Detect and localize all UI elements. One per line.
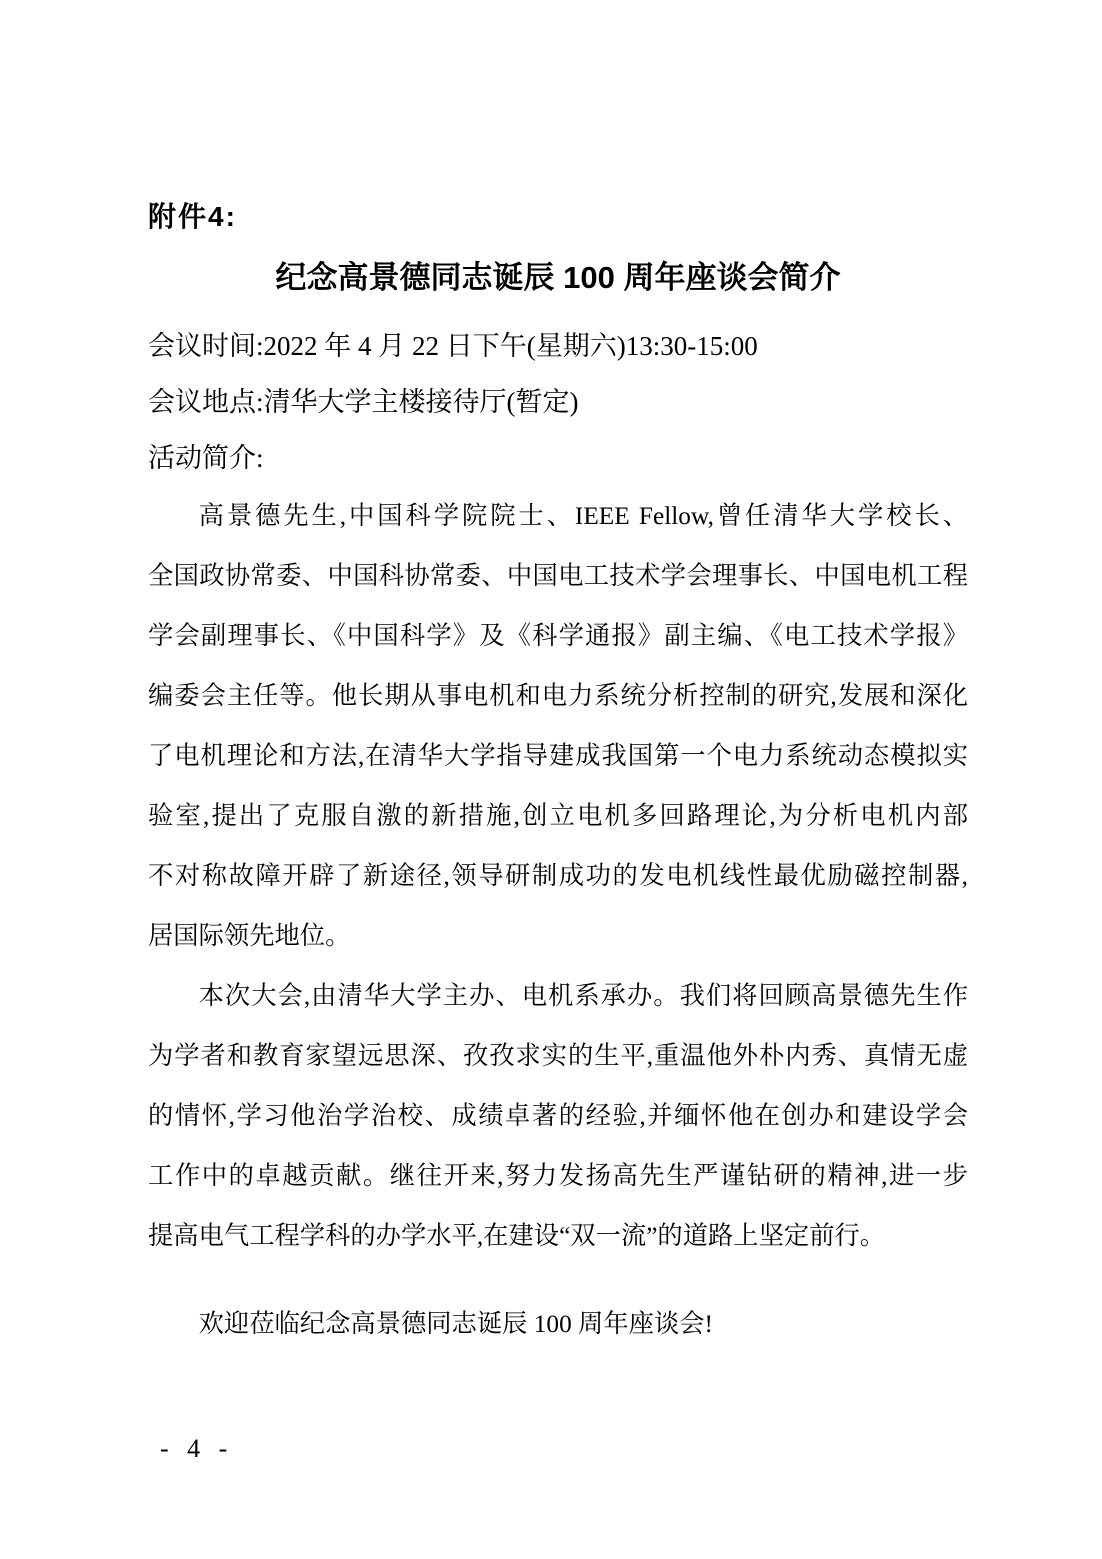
document-title: 纪念高景德同志诞辰 100 周年座谈会简介 xyxy=(148,258,968,298)
paragraph-bio: 高景德先生,中国科学院院士、IEEE Fellow,曾任清华大学校长、 全国政协… xyxy=(148,486,968,966)
meeting-time-line: 会议时间:2022 年 4 月 22 日下午(星期六)13:30-15:00 xyxy=(148,318,968,374)
document-content: 附件4: 纪念高景德同志诞辰 100 周年座谈会简介 会议时间:2022 年 4… xyxy=(148,0,968,1464)
closing-welcome-line: 欢迎莅临纪念高景德同志诞辰 100 周年座谈会! xyxy=(148,1294,968,1354)
meeting-meta: 会议时间:2022 年 4 月 22 日下午(星期六)13:30-15:00 会… xyxy=(148,318,968,486)
paragraph-line: 不对称故障开辟了新途径,领导研制成功的发电机线性最优励磁控制器, xyxy=(148,846,968,906)
paragraph-line: 高景德先生,中国科学院院士、IEEE Fellow,曾任清华大学校长、 xyxy=(148,486,968,546)
intro-label: 活动简介: xyxy=(148,430,968,486)
paragraph-line: 学会副理事长、《中国科学》及《科学通报》副主编、《电工技术学报》 xyxy=(148,606,968,666)
paragraph-event: 本次大会,由清华大学主办、电机系承办。我们将回顾高景德先生作 为学者和教育家望远… xyxy=(148,966,968,1266)
page-number: - 4 - xyxy=(160,1434,968,1464)
paragraph-line: 为学者和教育家望远思深、孜孜求实的生平,重温他外朴内秀、真情无虚 xyxy=(148,1026,968,1086)
paragraph-line: 本次大会,由清华大学主办、电机系承办。我们将回顾高景德先生作 xyxy=(148,966,968,1026)
paragraph-line: 提高电气工程学科的办学水平,在建设“双一流”的道路上坚定前行。 xyxy=(148,1206,968,1266)
document-page: 附件4: 纪念高景德同志诞辰 100 周年座谈会简介 会议时间:2022 年 4… xyxy=(0,0,1102,1559)
paragraph-line: 全国政协常委、中国科协常委、中国电工技术学会理事长、中国电机工程 xyxy=(148,546,968,606)
attachment-label: 附件4: xyxy=(148,0,968,234)
paragraph-line: 编委会主任等。他长期从事电机和电力系统分析控制的研究,发展和深化 xyxy=(148,666,968,726)
paragraph-line: 了电机理论和方法,在清华大学指导建成我国第一个电力系统动态模拟实 xyxy=(148,726,968,786)
meeting-location-line: 会议地点:清华大学主楼接待厅(暂定) xyxy=(148,374,968,430)
paragraph-line: 验室,提出了克服自激的新措施,创立电机多回路理论,为分析电机内部 xyxy=(148,786,968,846)
paragraph-line: 工作中的卓越贡献。继往开来,努力发扬高先生严谨钻研的精神,进一步 xyxy=(148,1146,968,1206)
paragraph-line: 的情怀,学习他治学治校、成绩卓著的经验,并缅怀他在创办和建设学会 xyxy=(148,1086,968,1146)
paragraph-line: 居国际领先地位。 xyxy=(148,906,968,966)
